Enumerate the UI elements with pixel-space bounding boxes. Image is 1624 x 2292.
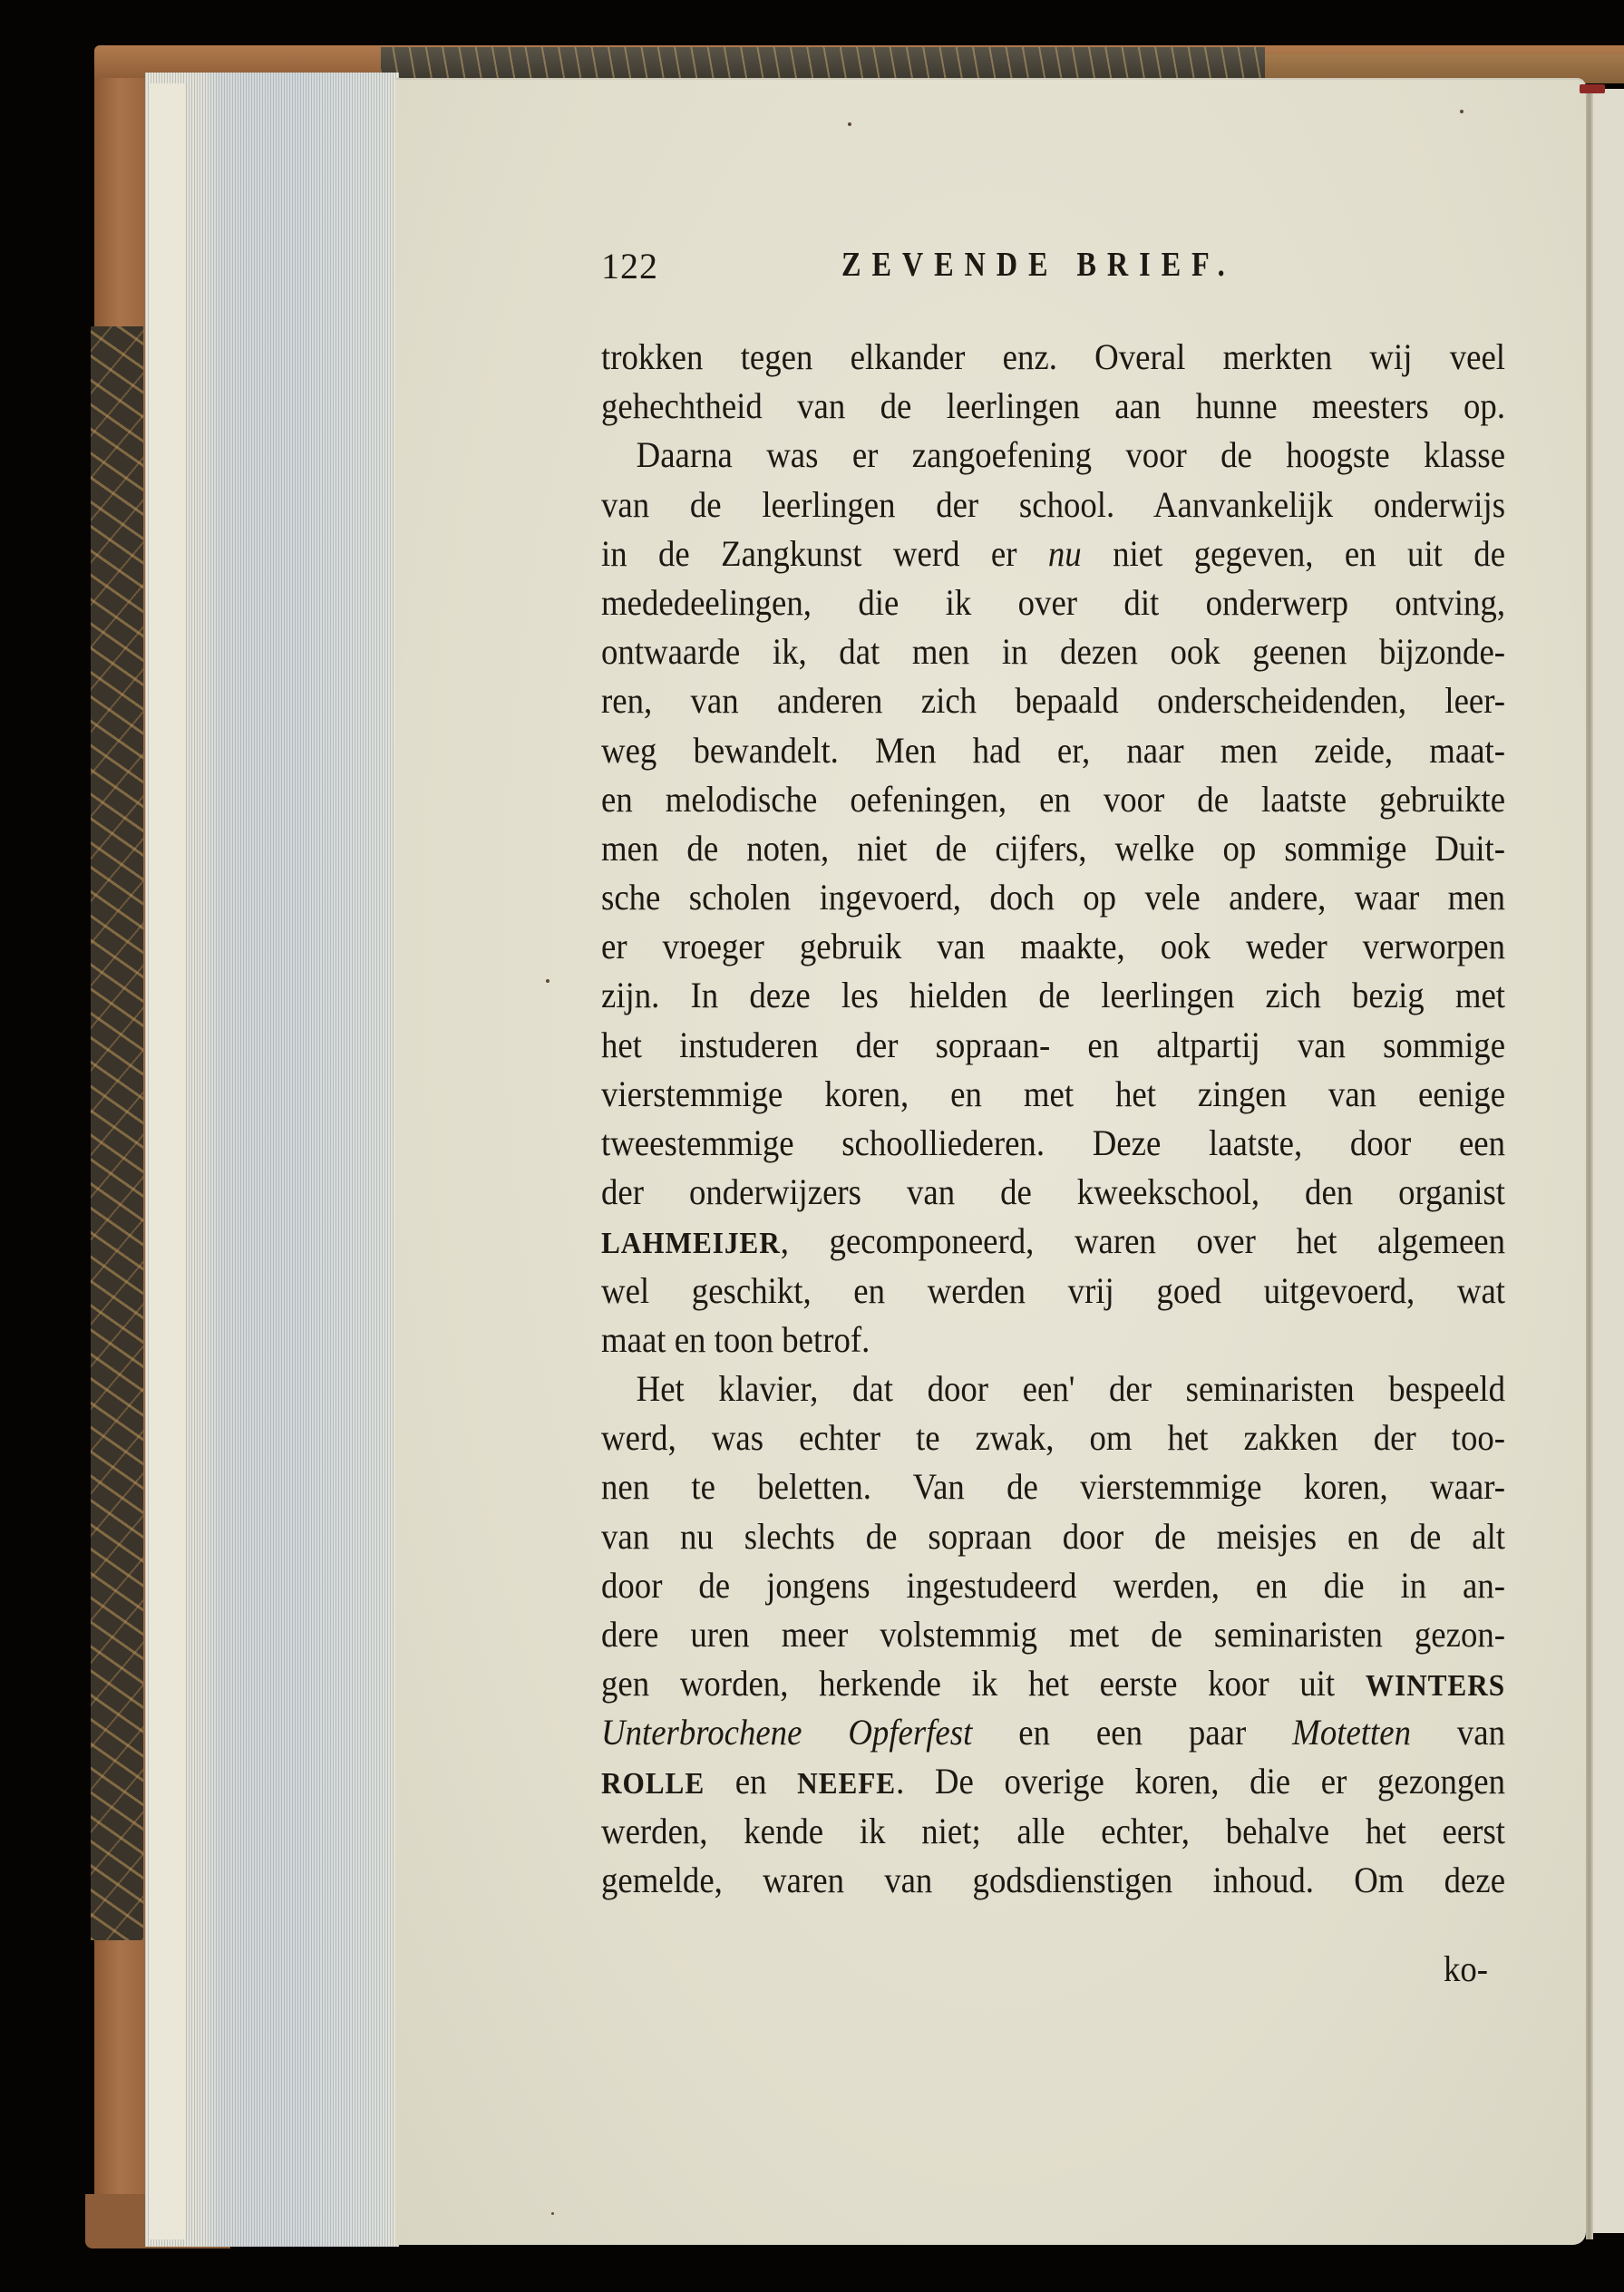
text-segment: gehechtheid van de leerlingen aan hunne … <box>601 385 1505 426</box>
text-segment: . De overige koren, die er gezongen <box>896 1761 1505 1802</box>
text-segment: sche scholen ingevoerd, doch op vele and… <box>601 877 1505 918</box>
text-segment: niet gegeven, en uit de <box>1082 533 1505 574</box>
paper-speck <box>546 979 549 983</box>
italic-text: Motetten <box>1292 1712 1411 1753</box>
page-number: 122 <box>601 245 658 287</box>
text-line: gehechtheid van de leerlingen aan hunne … <box>601 382 1505 431</box>
text-line: van de leerlingen der school. Aanvankeli… <box>601 481 1505 529</box>
catchword: ko- <box>1444 1947 1488 1990</box>
text-segment: werd, was echter te zwak, om het zakken … <box>601 1417 1505 1458</box>
text-line: van nu slechts de sopraan door de meisje… <box>601 1512 1505 1561</box>
proper-name: WINTERS <box>1366 1669 1505 1703</box>
text-segment: vierstemmige koren, en met het zingen va… <box>601 1073 1505 1114</box>
text-segment: door de jongens ingestudeerd werden, en … <box>601 1565 1505 1606</box>
text-segment: mededeelingen, die ik over dit onderwerp… <box>601 582 1505 623</box>
text-segment: zijn. In deze les hielden de leerlingen … <box>601 975 1505 1015</box>
text-segment: en melodische oefeningen, en voor de laa… <box>601 779 1505 820</box>
text-line: sche scholen ingevoerd, doch op vele and… <box>601 873 1505 922</box>
text-segment: wel geschikt, en werden vrij goed uitgev… <box>601 1270 1505 1311</box>
text-segment: in de Zangkunst werd er <box>601 533 1048 574</box>
text-segment: weg bewandelt. Men had er, naar men zeid… <box>601 730 1505 771</box>
text-segment: van de leerlingen der school. Aanvankeli… <box>601 484 1505 525</box>
paper-speck <box>1460 110 1464 113</box>
text-segment: gemelde, waren van godsdienstigen inhoud… <box>601 1860 1505 1900</box>
text-line: LAHMEIJER, gecomponeerd, waren over het … <box>601 1217 1505 1266</box>
next-page-sliver <box>1593 89 1624 2233</box>
italic-text: nu <box>1048 533 1082 574</box>
text-segment: der onderwijzers van de kweekschool, den… <box>601 1171 1505 1212</box>
book-cover-marbled-board <box>91 326 143 1940</box>
text-line: door de jongens ingestudeerd werden, en … <box>601 1561 1505 1610</box>
text-line: wel geschikt, en werden vrij goed uitgev… <box>601 1267 1505 1316</box>
text-line: ontwaarde ik, dat men in dezen ook geene… <box>601 627 1505 676</box>
text-segment: er vroeger gebruik van maakte, ook weder… <box>601 926 1505 966</box>
text-segment: Het klavier, dat door een' der seminaris… <box>637 1368 1505 1409</box>
page-gutter-shadow <box>1586 91 1593 2239</box>
text-line: trokken tegen elkander enz. Overal merkt… <box>601 333 1505 382</box>
text-segment: gen worden, herkende ik het eerste koor … <box>601 1663 1366 1704</box>
text-line: ROLLE en NEEFE. De overige koren, die er… <box>601 1757 1505 1806</box>
proper-name: NEEFE <box>797 1767 896 1801</box>
book-cover-top-marbled <box>381 47 1265 78</box>
body-text: trokken tegen elkander enz. Overal merkt… <box>601 333 1505 1905</box>
proper-name: LAHMEIJER <box>601 1227 781 1260</box>
running-head: 122 ZEVENDE BRIEF. <box>601 245 1508 290</box>
paper-speck <box>848 122 851 126</box>
text-line: vierstemmige koren, en met het zingen va… <box>601 1070 1505 1119</box>
text-segment: van <box>1411 1712 1505 1753</box>
text-line: het instuderen der sopraan- en altpartij… <box>601 1021 1505 1070</box>
text-line: men de noten, niet de cijfers, welke op … <box>601 824 1505 873</box>
text-segment: maat en toon betrof. <box>601 1319 870 1360</box>
text-line: mededeelingen, die ik over dit onderwerp… <box>601 578 1505 627</box>
paper-speck <box>551 2212 554 2215</box>
text-line: en melodische oefeningen, en voor de laa… <box>601 775 1505 824</box>
text-segment: , gecomponeerd, waren over het algemeen <box>781 1220 1505 1261</box>
text-line: tweestemmige schoolliederen. Deze laatst… <box>601 1119 1505 1168</box>
text-line: zijn. In deze les hielden de leerlingen … <box>601 971 1505 1020</box>
text-segment: tweestemmige schoolliederen. Deze laatst… <box>601 1122 1505 1163</box>
text-line: er vroeger gebruik van maakte, ook weder… <box>601 922 1505 971</box>
text-line: gen worden, herkende ik het eerste koor … <box>601 1659 1505 1708</box>
text-line: in de Zangkunst werd er nu niet gegeven,… <box>601 529 1505 578</box>
text-segment: trokken tegen elkander enz. Overal merkt… <box>601 336 1505 377</box>
text-line: maat en toon betrof. <box>601 1316 1505 1365</box>
text-segment: werden, kende ik niet; alle echter, beha… <box>601 1811 1505 1851</box>
proper-name: ROLLE <box>601 1767 705 1801</box>
text-segment: ren, van anderen zich bepaald onderschei… <box>601 680 1505 721</box>
text-line: ren, van anderen zich bepaald onderschei… <box>601 676 1505 725</box>
text-line: gemelde, waren van godsdienstigen inhoud… <box>601 1856 1505 1905</box>
text-line: Het klavier, dat door een' der seminaris… <box>601 1365 1505 1413</box>
text-segment: men de noten, niet de cijfers, welke op … <box>601 828 1505 869</box>
text-line: dere uren meer volstemmig met de seminar… <box>601 1610 1505 1659</box>
ribbon-marker <box>1580 84 1605 93</box>
text-line: Daarna was er zangoefening voor de hoogs… <box>601 431 1505 480</box>
text-segment: nen te beletten. Van de vierstemmige kor… <box>601 1466 1505 1507</box>
text-line: weg bewandelt. Men had er, naar men zeid… <box>601 726 1505 775</box>
text-line: werd, was echter te zwak, om het zakken … <box>601 1413 1505 1462</box>
text-segment: het instuderen der sopraan- en altpartij… <box>601 1025 1505 1065</box>
text-line: nen te beletten. Van de vierstemmige kor… <box>601 1462 1505 1511</box>
chapter-title: ZEVENDE BRIEF. <box>841 245 1236 285</box>
text-line: Unterbrochene Opferfest en een paar Mote… <box>601 1708 1505 1757</box>
text-segment: dere uren meer volstemmig met de seminar… <box>601 1614 1505 1655</box>
flyleaf-edge <box>150 83 187 2239</box>
text-line: werden, kende ik niet; alle echter, beha… <box>601 1807 1505 1856</box>
text-segment: van nu slechts de sopraan door de meisje… <box>601 1516 1505 1557</box>
text-segment: ontwaarde ik, dat men in dezen ook geene… <box>601 631 1505 672</box>
text-segment: Daarna was er zangoefening voor de hoogs… <box>637 434 1505 475</box>
text-segment: en een paar <box>972 1712 1292 1753</box>
text-line: der onderwijzers van de kweekschool, den… <box>601 1168 1505 1217</box>
italic-text: Unterbrochene Opferfest <box>601 1712 972 1753</box>
text-segment: en <box>705 1761 797 1802</box>
